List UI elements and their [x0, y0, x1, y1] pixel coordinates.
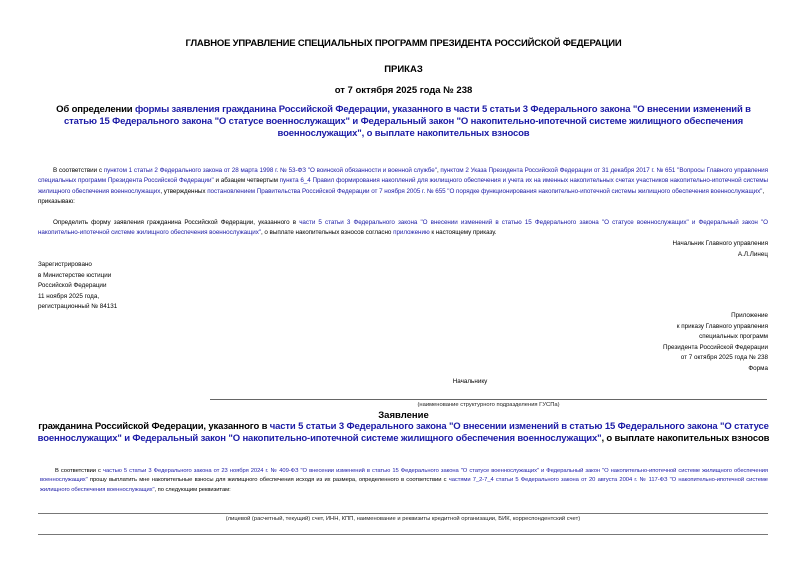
form-subtitle: гражданина Российской Федерации, указанн… [30, 421, 777, 445]
text: Определить форму заявления гражданина Ро… [53, 219, 299, 226]
text: , о выплате накопительных взносов соглас… [261, 229, 393, 236]
title-link[interactable]: формы заявления гражданина Российской Фе… [64, 104, 751, 139]
registration-line: Российской Федерации [38, 281, 117, 292]
operative-paragraph: Определить форму заявления гражданина Ро… [38, 218, 768, 239]
signatory-name: А.Л.Линец [738, 251, 768, 258]
appendix-line: Приложение [663, 311, 768, 322]
law-link-53fz[interactable]: пунктом 1 статьи 2 Федерального закона о… [104, 167, 437, 174]
preamble-paragraph: В соответствии с пунктом 1 статьи 2 Феде… [38, 166, 768, 207]
registration-line: Зарегистрировано [38, 260, 117, 271]
resolution-link-655[interactable]: постановлением Правительства Российской … [207, 188, 762, 195]
requisites-fill-line-2 [38, 534, 768, 535]
document-type: ПРИКАЗ [0, 64, 807, 75]
text: В соответствии с [55, 468, 103, 474]
appendix-line: Президента Российской Федерации [663, 343, 768, 354]
form-title: Заявление [0, 410, 807, 421]
text: и абзацем четвертым [214, 177, 280, 184]
registration-line: регистрационный № 84131 [38, 302, 117, 313]
addressee-fill-line [210, 399, 767, 400]
registration-block: Зарегистрировано в Министерстве юстиции … [38, 260, 117, 313]
requisites-fill-line [38, 513, 768, 514]
text: к настоящему приказу. [430, 229, 497, 236]
text: , [762, 188, 764, 195]
order-date-number: от 7 октября 2025 года № 238 [0, 85, 807, 96]
signatory-position: Начальник Главного управления [673, 240, 768, 247]
registration-line: в Министерстве юстиции [38, 271, 117, 282]
appendix-line: к приказу Главного управления [663, 322, 768, 333]
title-prefix: Об определении [56, 104, 135, 115]
text: В соответствии с [53, 167, 104, 174]
appendix-block: Приложение к приказу Главного управления… [663, 311, 768, 375]
text: , утвержденных [160, 188, 207, 195]
form-request-paragraph: В соответствии с частью 5 статьи 3 Федер… [40, 467, 768, 495]
appendix-line: Форма [663, 364, 768, 375]
text: , о выплате накопительных взносов [601, 433, 769, 444]
appendix-line: от 7 октября 2025 года № 238 [663, 353, 768, 364]
organization-heading: ГЛАВНОЕ УПРАВЛЕНИЕ СПЕЦИАЛЬНЫХ ПРОГРАММ … [0, 38, 807, 49]
document-title: Об определении формы заявления гражданин… [40, 104, 767, 140]
appendix-line: специальных программ [663, 332, 768, 343]
addressee-caption: (наименование структурного подразделения… [210, 402, 767, 408]
command-text: приказываю: [38, 198, 75, 205]
requisites-caption: (лицевой (расчетный, текущий) счет, ИНН,… [38, 516, 768, 522]
text: гражданина Российской Федерации, указанн… [38, 421, 270, 432]
text: прошу выплатить мне накопительные взносы… [88, 477, 449, 483]
text: , по следующим реквизитам: [155, 487, 231, 493]
addressee-label: Начальнику [300, 378, 640, 385]
registration-line: 11 ноября 2025 года, [38, 292, 117, 303]
appendix-link[interactable]: приложению [393, 229, 430, 236]
